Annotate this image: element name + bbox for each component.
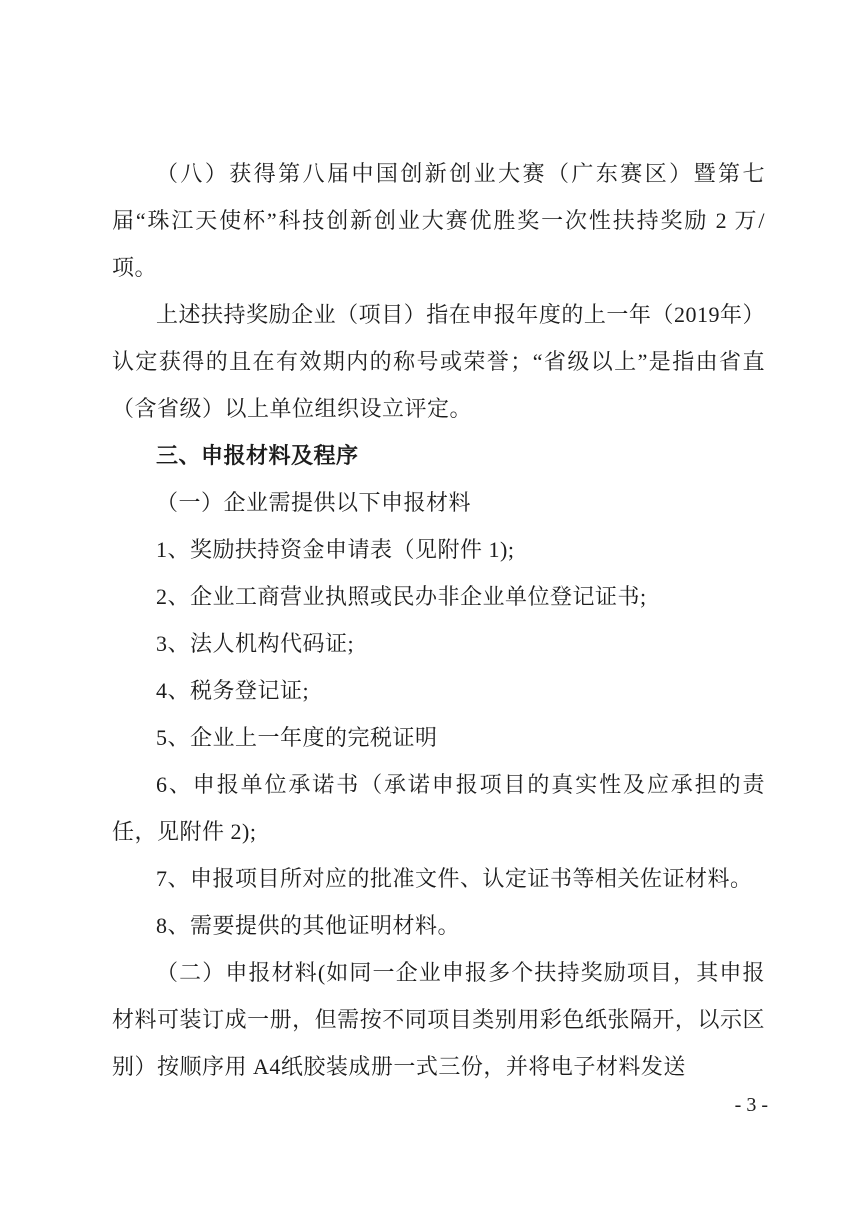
list-item-1: 1、奖励扶持资金申请表（见附件 1); bbox=[112, 526, 765, 573]
list-item-2: 2、企业工商营业执照或民办非企业单位登记证书; bbox=[112, 573, 765, 620]
page-number: - 3 - bbox=[735, 1094, 768, 1116]
list-item-6: 6、申报单位承诺书（承诺申报项目的真实性及应承担的责任，见附件 2); bbox=[112, 761, 765, 855]
list-item-5: 5、企业上一年度的完税证明 bbox=[112, 714, 765, 761]
list-item-8: 8、需要提供的其他证明材料。 bbox=[112, 902, 765, 949]
list-item-4: 4、税务登记证; bbox=[112, 667, 765, 714]
page-footer: - 3 - bbox=[735, 1091, 768, 1119]
paragraph-subsection-1: （一）企业需提供以下申报材料 bbox=[112, 479, 765, 526]
section-heading-application-materials: 三、申报材料及程序 bbox=[112, 432, 765, 479]
document-content: （八）获得第八届中国创新创业大赛（广东赛区）暨第七届“珠江天使杯”科技创新创业大… bbox=[112, 150, 765, 1090]
list-item-7: 7、申报项目所对应的批准文件、认定证书等相关佐证材料。 bbox=[112, 855, 765, 902]
document-page: （八）获得第八届中国创新创业大赛（广东赛区）暨第七届“珠江天使杯”科技创新创业大… bbox=[0, 0, 860, 1216]
list-item-3: 3、法人机构代码证; bbox=[112, 620, 765, 667]
paragraph-award-definition: 上述扶持奖励企业（项目）指在申报年度的上一年（2019年）认定获得的且在有效期内… bbox=[112, 291, 765, 432]
paragraph-subsection-2: （二）申报材料(如同一企业申报多个扶持奖励项目，其申报材料可装订成一册，但需按不… bbox=[112, 949, 765, 1090]
paragraph-item-8-award: （八）获得第八届中国创新创业大赛（广东赛区）暨第七届“珠江天使杯”科技创新创业大… bbox=[112, 150, 765, 291]
